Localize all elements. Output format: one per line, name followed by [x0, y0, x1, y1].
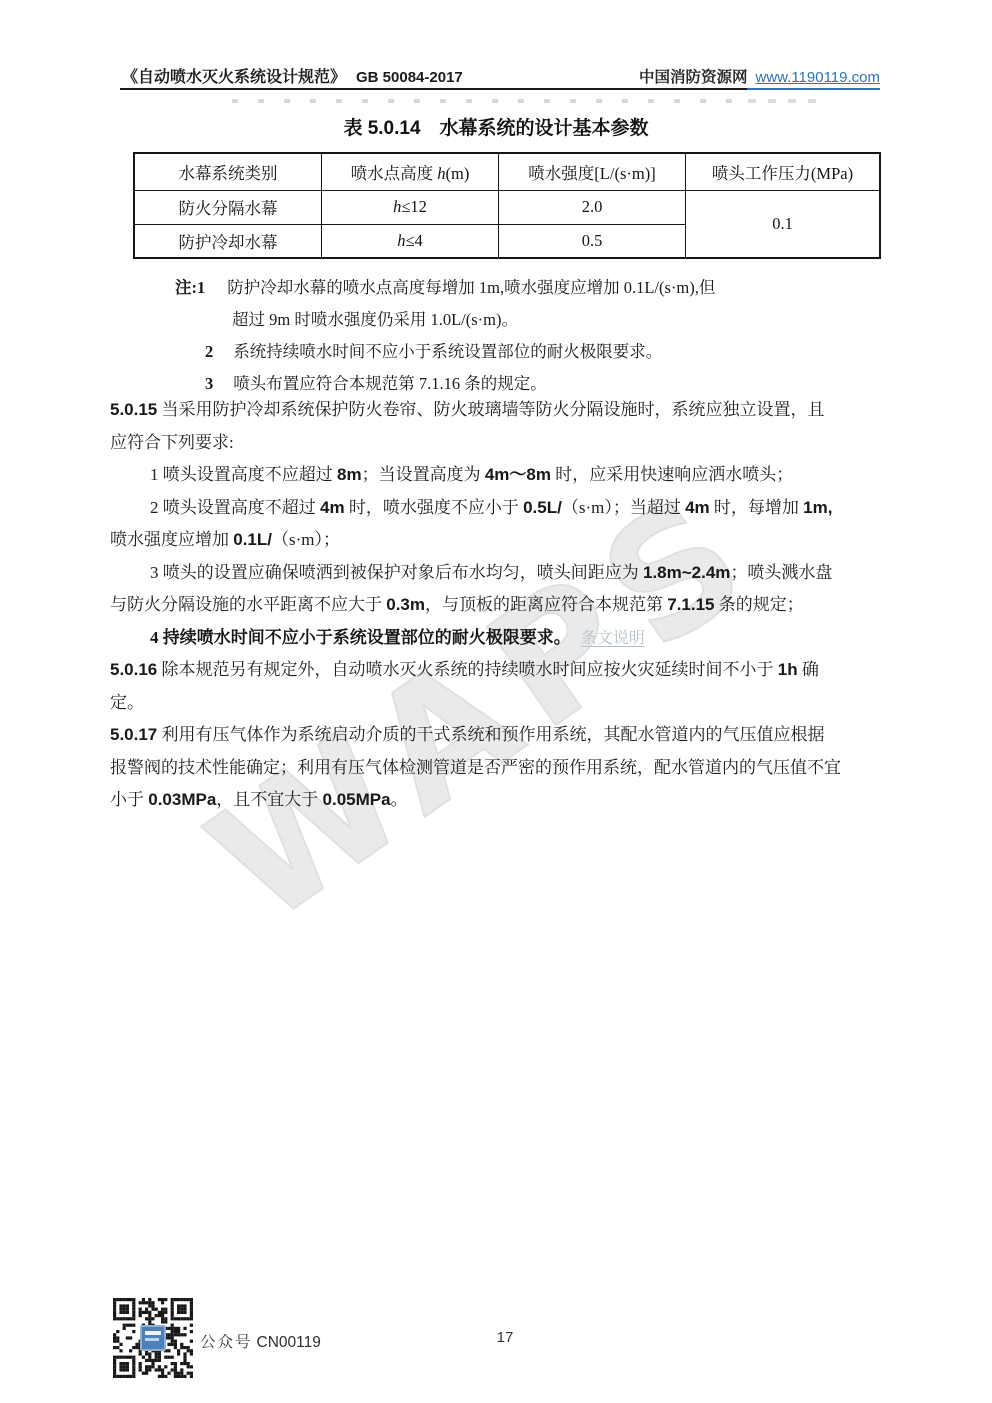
clause-5015-item3-cont: 与防火分隔设施的水平距离不应大于 0.3m，与顶板的距离应符合本规范第 7.1.…	[110, 589, 885, 622]
site-url-link[interactable]: www.1190119.com	[755, 69, 880, 86]
design-parameters-table: 水幕系统类别 喷水点高度 h(m) 喷水强度[L/(s·m)] 喷头工作压力(M…	[133, 152, 881, 259]
clause-5015-item1: 1 喷头设置高度不应超过 8m；当设置高度为 4m～8m 时，应采用快速响应洒水…	[110, 459, 885, 492]
table-header-row: 水幕系统类别 喷水点高度 h(m) 喷水强度[L/(s·m)] 喷头工作压力(M…	[134, 153, 880, 190]
clause-5015-item2: 2 喷头设置高度不超过 4m 时，喷水强度不应小于 0.5L/（s·m）；当超过…	[110, 492, 885, 525]
header-rule	[120, 88, 747, 90]
header-cell-intensity: 喷水强度[L/(s·m)]	[499, 153, 686, 190]
clause-5017-line: 5.0.17 利用有压气体作为系统启动介质的干式系统和预作用系统，其配水管道内的…	[110, 719, 885, 752]
scan-artifact	[232, 99, 732, 103]
note-line: 2系统持续喷水时间不应小于系统设置部位的耐火极限要求。	[175, 336, 885, 368]
table-notes: 注:1防护冷却水幕的喷水点高度每增加 1m,喷水强度应增加 0.1L/(s·m)…	[175, 272, 885, 400]
header-cell-height: 喷水点高度 h(m)	[322, 153, 499, 190]
table-row: 防火分隔水幕 h≤12 2.0 0.1	[134, 190, 880, 224]
cell-height: h≤4	[322, 224, 499, 258]
clause-5015-item2-cont: 喷水强度应增加 0.1L/（s·m）；	[110, 524, 885, 557]
header-rule-accent	[747, 88, 880, 90]
note-line: 超过 9m 时喷水强度仍采用 1.0L/(s·m)。	[175, 304, 885, 336]
qr-center-logo	[140, 1325, 166, 1351]
clause-5016-line: 5.0.16 除本规范另有规定外，自动喷水灭火系统的持续喷水时间应按火灾延续时间…	[110, 654, 885, 687]
cell-intensity: 0.5	[499, 224, 686, 258]
clause-5017-line: 小于 0.03MPa，且不宜大于 0.05MPa。	[110, 784, 885, 817]
clause-5015-item4: 4 持续喷水时间不应小于系统设置部位的耐火极限要求。条文说明	[110, 622, 885, 655]
page-header: 《自动喷水灭火系统设计规范》GB 50084-2017 中国消防资源网www.1…	[122, 64, 880, 88]
clause-5015-item3: 3 喷头的设置应确保喷洒到被保护对象后布水均匀，喷头间距应为 1.8m~2.4m…	[110, 557, 885, 590]
site-name: 中国消防资源网	[639, 69, 748, 86]
cell-pressure-merged: 0.1	[686, 190, 881, 258]
cell-category: 防护冷却水幕	[134, 224, 322, 258]
header-cell-pressure: 喷头工作压力(MPa)	[686, 153, 881, 190]
note-line: 注:1防护冷却水幕的喷水点高度每增加 1m,喷水强度应增加 0.1L/(s·m)…	[175, 272, 885, 304]
header-site: 中国消防资源网www.1190119.com	[639, 65, 880, 87]
cell-height: h≤12	[322, 190, 499, 224]
page-number: 17	[470, 1329, 540, 1346]
doc-title: 《自动喷水灭火系统设计规范》	[122, 69, 346, 86]
table-caption: 表 5.0.14 水幕系统的设计基本参数	[110, 113, 882, 140]
cell-category: 防火分隔水幕	[134, 190, 322, 224]
qr-code	[113, 1298, 193, 1378]
document-page: WAPS 《自动喷水灭火系统设计规范》GB 50084-2017 中国消防资源网…	[0, 0, 992, 1403]
header-doc-title: 《自动喷水灭火系统设计规范》GB 50084-2017	[122, 64, 463, 87]
clause-5016-line: 定。	[110, 687, 885, 720]
scan-artifact	[748, 99, 818, 103]
cell-intensity: 2.0	[499, 190, 686, 224]
header-cell-category: 水幕系统类别	[134, 153, 322, 190]
commentary-link[interactable]: 条文说明	[581, 630, 645, 647]
clause-5015-line: 5.0.15 当采用防护冷却系统保护防火卷帘、防火玻璃墙等防火分隔设施时，系统应…	[110, 394, 885, 427]
clause-5017-line: 报警阀的技术性能确定；利用有压气体检测管道是否严密的预作用系统，配水管道内的气压…	[110, 752, 885, 785]
standard-number: GB 50084-2017	[356, 69, 463, 86]
footer-wechat: 公众号CN00119	[200, 1330, 321, 1352]
clause-5015-line: 应符合下列要求:	[110, 427, 885, 460]
body-text: 5.0.15 当采用防护冷却系统保护防火卷帘、防火玻璃墙等防火分隔设施时，系统应…	[110, 394, 885, 817]
